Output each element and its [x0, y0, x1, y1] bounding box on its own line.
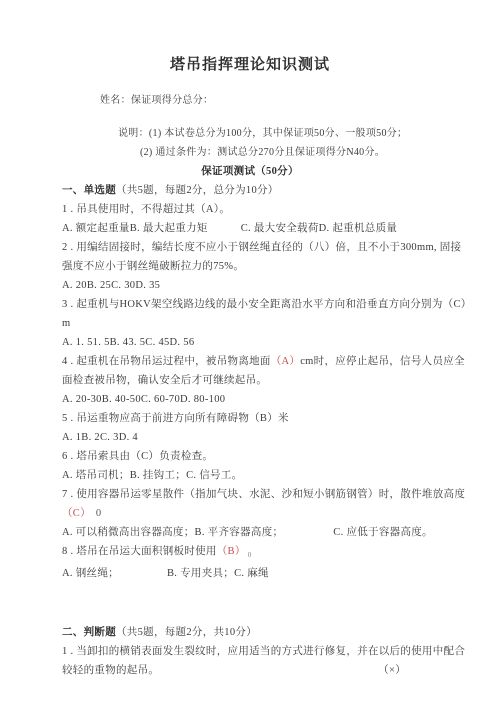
s1-q8-line1: 8 . 塔吊在吊运大面积钢板时使用（B）0 — [62, 542, 438, 564]
instructions-line-1: 说明：(1) 本试卷总分为100分，其中保证项50分、一般项50分； — [118, 124, 438, 143]
document-page: 塔吊指挥理论知识测试 姓名：保证项得分总分： 说明：(1) 本试卷总分为100分… — [0, 0, 500, 707]
s2-q1-mark: （×） — [378, 661, 406, 680]
document-content: 塔吊指挥理论知识测试 姓名：保证项得分总分： 说明：(1) 本试卷总分为100分… — [0, 0, 500, 680]
s1-q3-line1: 3 . 起重机与HOKV架空线路边线的最小安全距离沿水平方向和沿垂直方向分别为（… — [62, 295, 438, 314]
s1-q6-options: A. 塔吊司机；B. 挂钩工；C. 信号工。 — [62, 466, 438, 485]
s1-q4-line1-pre: 4 . 起重机在吊物吊运过程中，被吊物离地面 — [62, 356, 271, 367]
s1-q1-options-left: A. 额定起重量B. 最大起重力矩 — [62, 223, 208, 234]
section1-heading: 一、单选题（共5题，每题2分，总分为10分） — [62, 181, 438, 200]
s1-q5-options: A. 1B. 2C. 3D. 4 — [62, 428, 438, 447]
s1-q4-line1-post: cm时，应停止起吊，信号人员应全 — [300, 356, 465, 367]
s2-q1-line1: 1 . 当卸扣的横销表面发生裂纹时，应用适当的方式进行修复，并在以后的使用中配合 — [62, 642, 438, 661]
s1-q3-line2: m — [62, 314, 438, 333]
s1-q7-answer: （C） — [62, 508, 91, 519]
s1-q7-line1: 7 . 使用容器吊运零星散件（指加气块、水泥、沙和短小钢筋钢管）时，散件堆放高度 — [62, 485, 438, 504]
s1-q1-options: A. 额定起重量B. 最大起重力矩C. 最大安全载荷D. 起重机总质量 — [62, 219, 438, 238]
s1-q8-options-right: B. 专用夹具；C. 麻绳 — [167, 568, 269, 579]
s1-q1-text: 1 . 吊具使用时，不得超过其（A）。 — [62, 200, 438, 219]
name-score-line: 姓名：保证项得分总分： — [100, 91, 438, 110]
s1-q8-options: A. 钢丝绳；B. 专用夹具；C. 麻绳 — [62, 564, 438, 583]
section2-heading: 二、判断题（共5题，每题2分，共10分） — [62, 623, 438, 642]
s2-q1-line2: 较轻的重物的起吊。（×） — [62, 661, 438, 680]
document-title: 塔吊指挥理论知识测试 — [62, 55, 438, 75]
s1-q2-options: A. 20B. 25C. 30D. 35 — [62, 276, 438, 295]
s2-q1-line2-text: 较轻的重物的起吊。 — [62, 661, 159, 680]
s1-q3-options: A. 1. 51. 5B. 43. 5C. 45D. 56 — [62, 333, 438, 352]
s1-q4-line2: 面检查被吊物，确认安全后才可继续起吊。 — [62, 371, 438, 390]
section1-heading-title: 一、单选题 — [62, 185, 116, 196]
s1-q8-options-left: A. 钢丝绳； — [62, 568, 119, 579]
s1-q5-text: 5 . 吊运重物应高于前进方向所有障碍物（B）米 — [62, 409, 438, 428]
instructions-line-2: (2) 通过条件为：测试总分270分且保证项得分N40分。 — [140, 143, 438, 162]
s1-q4-line1: 4 . 起重机在吊物吊运过程中，被吊物离地面（A）cm时，应停止起吊，信号人员应… — [62, 352, 438, 371]
s1-q7-options-left: A. 可以稍微高出容器高度；B. 平齐容器高度； — [62, 527, 283, 538]
s1-q4-answer: （A） — [271, 356, 300, 367]
s1-q8-answer: （B） — [217, 546, 246, 557]
s1-q7-answer-suffix: 0 — [96, 508, 102, 519]
s1-q7-answer-line: （C）0 — [62, 504, 438, 523]
s1-q4-options: A. 20-30B. 40-50C. 60-70D. 80-100 — [62, 390, 438, 409]
s1-q6-text: 6 . 塔吊索具由（C）负责检查。 — [62, 447, 438, 466]
guarantee-test-heading: 保证项测试（50分） — [62, 162, 438, 181]
s1-q7-options: A. 可以稍微高出容器高度；B. 平齐容器高度；C. 应低于容器高度。 — [62, 523, 438, 542]
section2-heading-title: 二、判断题 — [62, 627, 116, 638]
s1-q7-options-right: C. 应低于容器高度。 — [333, 527, 433, 538]
section2-heading-meta: （共5题，每题2分，共10分） — [116, 627, 257, 638]
s1-q2-line1: 2 . 用编结固接时，编结长度不应小于钢丝绳直径的（八）倍，且不小于300mm,… — [62, 238, 438, 257]
section1-heading-meta: （共5题，每题2分，总分为10分） — [116, 185, 279, 196]
s1-q8-answer-subscript: 0 — [248, 550, 252, 559]
s1-q2-line2: 强度不应小于钢丝绳破断拉力的75%。 — [62, 257, 438, 276]
s1-q8-line1-pre: 8 . 塔吊在吊运大面积钢板时使用 — [62, 546, 217, 557]
s1-q1-options-right: C. 最大安全载荷D. 起重机总质量 — [241, 223, 398, 234]
